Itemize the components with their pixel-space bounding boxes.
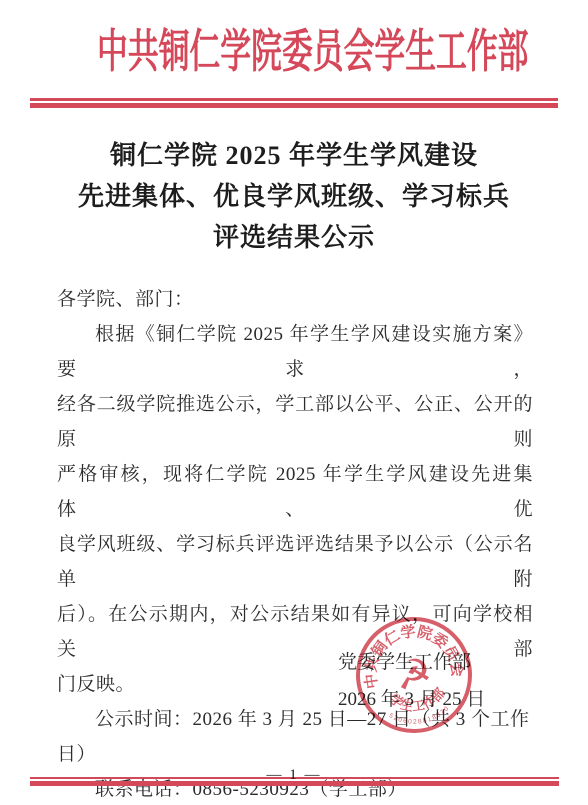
page-number: — 1 — — [0, 767, 588, 784]
letterhead-title: 中共铜仁学院委员会学生工作部 — [97, 26, 491, 78]
official-seal: 中共铜仁学院委员会 ☭ 学生工作部 5206028818370 — [344, 605, 484, 745]
salutation: 各学院、部门： — [57, 282, 533, 317]
body-line: 良学风班级、学习标兵评选评选结果予以公示（公示名单附 — [57, 527, 533, 597]
header-divider-rule — [30, 98, 558, 108]
document-title-line-2: 先进集体、优良学风班级、学习标兵 — [0, 176, 588, 217]
body-line: 经各二级学院推选公示，学工部以公平、公正、公开的原则 — [57, 387, 533, 457]
document-title-line-1: 铜仁学院 2025 年学生学风建设 — [0, 135, 588, 176]
body-line: 严格审核，现将仁学院 2025 年学生学风建设先进集体、优 — [57, 457, 533, 527]
body-line: 根据《铜仁学院 2025 年学生学风建设实施方案》要求， — [57, 317, 533, 387]
hammer-sickle-icon: ☭ — [393, 651, 435, 700]
document-title: 铜仁学院 2025 年学生学风建设 先进集体、优良学风班级、学习标兵 评选结果公… — [0, 135, 588, 258]
document-title-line-3: 评选结果公示 — [0, 217, 588, 258]
